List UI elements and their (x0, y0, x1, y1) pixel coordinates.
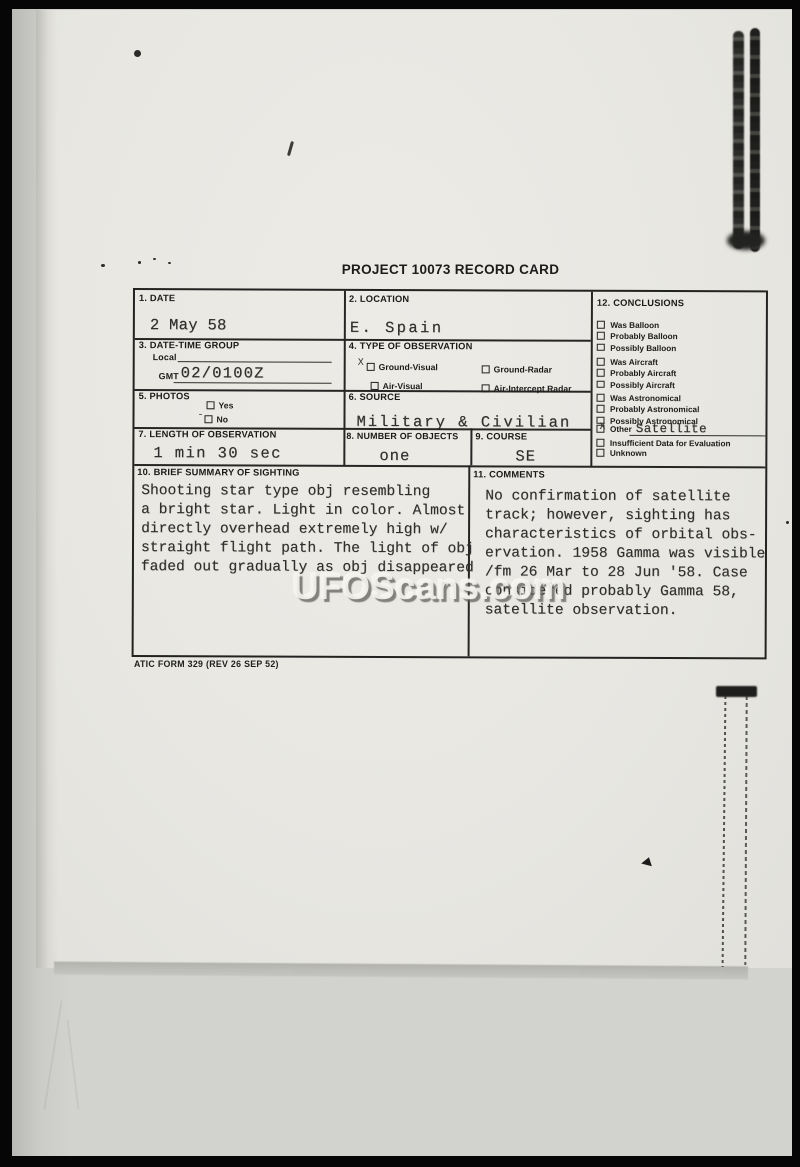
date-value: 2 May 58 (150, 316, 227, 334)
location-value: E. Spain (350, 319, 444, 337)
checkbox-ground-radar: Ground-Radar (482, 359, 552, 377)
checkbox-icon (597, 332, 605, 340)
scanned-microfilm-page: PROJECT 10073 RECORD CARD 1. DATE 2 May … (0, 0, 800, 1167)
conclusions-aircraft-group: Was Aircraft Probably Aircraft Possibly … (597, 356, 677, 391)
checkbox-icon (204, 415, 212, 423)
conclusions-unknown-row: Unknown (596, 447, 646, 459)
conclusions-balloon-group: Was Balloon Probably Balloon Possibly Ba… (597, 319, 678, 354)
conclusion-item: Unknown (610, 449, 647, 458)
source-label: 6. SOURCE (349, 392, 401, 402)
checkbox-icon (597, 405, 605, 413)
ink-speck (153, 258, 156, 260)
x-mark: X (599, 422, 605, 431)
date-time-group-label: 3. DATE-TIME GROUP (139, 340, 240, 350)
film-artifact-bar-icon (750, 28, 760, 252)
photos-label: 5. PHOTOS (139, 391, 190, 401)
checkbox-icon (207, 401, 215, 409)
page-title: PROJECT 10073 RECORD CARD (133, 262, 768, 277)
checkbox-icon (597, 394, 605, 402)
checkbox-icon (596, 449, 604, 457)
checkbox-ground-visual: XGround-Visual (367, 357, 438, 375)
comments-label: 11. COMMENTS (473, 469, 545, 479)
checkbox-label: Ground-Radar (494, 364, 552, 374)
type-of-observation-label: 4. TYPE OF OBSERVATION (349, 341, 473, 351)
table-divider (470, 428, 472, 465)
checkbox-icon (482, 365, 490, 373)
length-of-observation-value: 1 min 30 sec (153, 444, 281, 462)
conclusion-item: Possibly Aircraft (610, 381, 675, 390)
gmt-value: 02/0100Z (181, 364, 265, 382)
gmt-label: GMT (159, 371, 179, 381)
course-label: 9. COURSE (475, 431, 527, 441)
checkbox-icon (597, 321, 605, 329)
date-label: 1. DATE (139, 293, 175, 303)
gmt-underline (174, 382, 332, 384)
course-value: SE (515, 447, 536, 465)
checkbox-label: Ground-Visual (379, 362, 438, 372)
conclusion-item: Was Astronomical (610, 394, 681, 403)
ink-speck (786, 521, 789, 524)
conclusion-item: Probably Balloon (610, 332, 677, 341)
ink-speck (101, 264, 105, 267)
page-edge-shading (36, 10, 58, 968)
source-value: Military & Civilian (356, 413, 571, 432)
checkbox-icon (482, 384, 490, 392)
brief-summary-text: Shooting star type obj resembling a brig… (141, 482, 474, 578)
conclusion-item: Was Aircraft (610, 358, 658, 367)
x-mark: X (358, 358, 364, 369)
binder-mark-icon (716, 686, 757, 697)
conclusions-label: 12. CONCLUSIONS (597, 298, 684, 308)
film-artifact-bar-icon (733, 31, 744, 249)
checkbox-icon (597, 358, 605, 366)
checkbox-photos-no: -No (204, 409, 228, 427)
x-mark: - (197, 410, 203, 421)
conclusion-item: Probably Astronomical (610, 405, 699, 414)
conclusion-other-row: XOtherSatellite (596, 423, 707, 435)
checkbox-label: Air-Intercept Radar (494, 383, 572, 393)
length-of-observation-label: 7. LENGTH OF OBSERVATION (138, 429, 276, 440)
checkbox-label: Air-Visual (383, 381, 423, 391)
checkbox-icon (367, 363, 375, 371)
location-label: 2. LOCATION (349, 294, 409, 304)
conclusion-item: Was Balloon (610, 321, 659, 330)
checkbox-label: No (216, 414, 228, 424)
checkbox-icon (597, 369, 605, 377)
checkbox-icon (596, 439, 604, 447)
conclusion-item: Probably Aircraft (610, 369, 676, 378)
number-of-objects-value: one (379, 447, 410, 465)
checkbox-icon (597, 381, 605, 389)
ink-speck (138, 261, 141, 264)
form-number: ATIC FORM 329 (REV 26 SEP 52) (134, 659, 279, 669)
conclusion-item: Possibly Balloon (610, 344, 676, 353)
conclusions-other-group: XOtherSatellite (596, 423, 707, 435)
table-divider (590, 292, 593, 467)
watermark-text: UFOScans.com (292, 566, 565, 608)
film-artifact-blob-icon (727, 231, 765, 250)
checkbox-icon (597, 344, 605, 352)
number-of-objects-label: 8. NUMBER OF OBJECTS (346, 431, 458, 441)
checkbox-air-intercept-radar: Air-Intercept Radar (482, 378, 572, 396)
ink-speck (168, 262, 171, 264)
local-label: Local (153, 352, 177, 362)
brief-summary-label: 10. BRIEF SUMMARY OF SIGHTING (137, 467, 299, 478)
checkbox-icon (371, 382, 379, 390)
conclusion-item: Other (610, 425, 632, 434)
local-underline (178, 361, 332, 363)
ink-speck (134, 50, 141, 57)
